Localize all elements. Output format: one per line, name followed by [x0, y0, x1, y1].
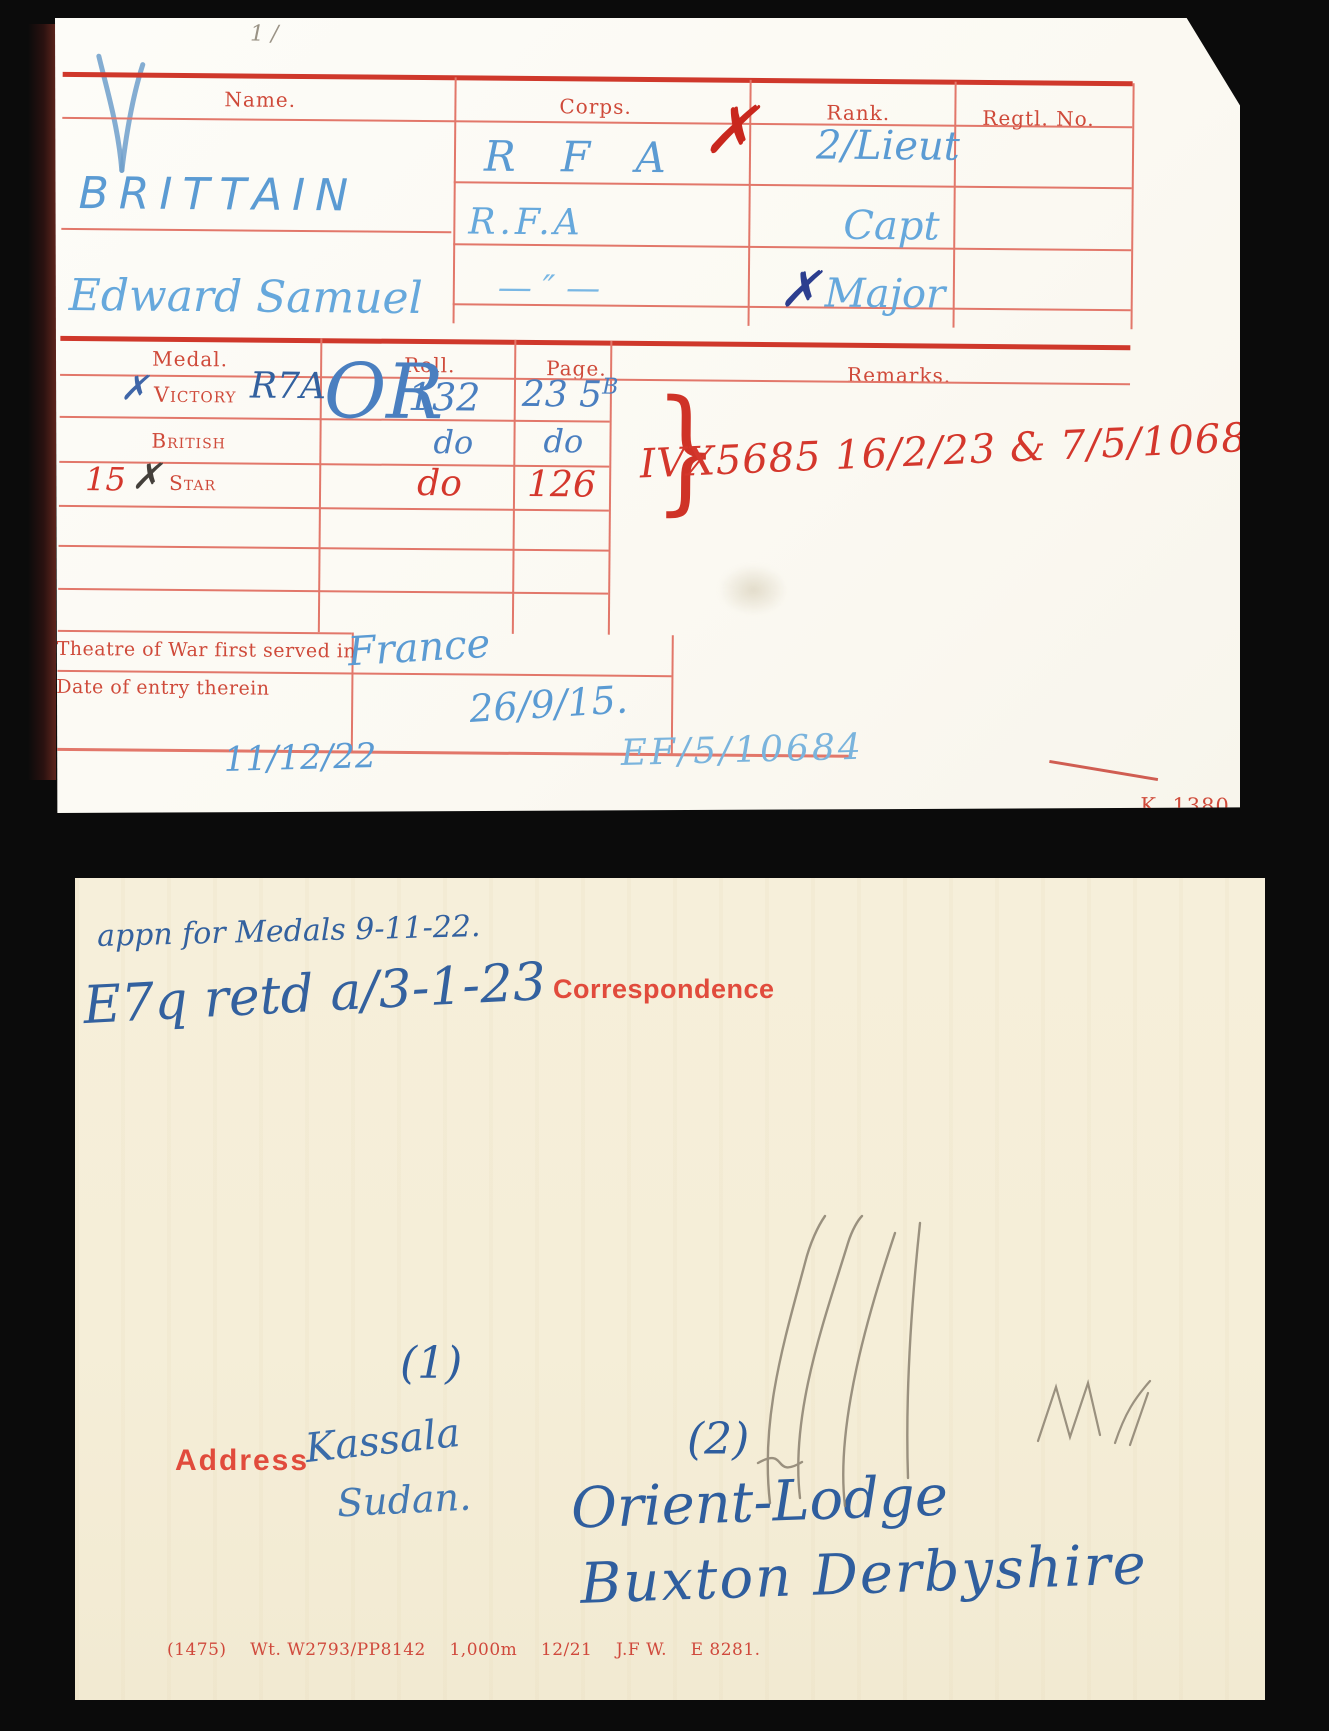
- row-rule: [59, 545, 609, 551]
- corps-ditto-entry: — ″ —: [498, 268, 601, 309]
- divider: [1130, 83, 1134, 329]
- row-rule: [58, 588, 608, 594]
- medal-label-star: Star: [169, 471, 216, 495]
- address-label: Address: [175, 1444, 309, 1478]
- date-of-entry-label: Date of entry therein: [56, 676, 269, 700]
- theatre-label: Theatre of War first served in: [57, 638, 357, 663]
- blue-check-mark-icon: [84, 48, 155, 179]
- medal-index-card-back: appn for Medals 9-11-22. E7q retd a/3-1-…: [75, 878, 1265, 1700]
- medal-note: R7A: [250, 366, 326, 408]
- applied-note: appn for Medals 9-11-22.: [97, 909, 481, 954]
- row-rule: [58, 630, 352, 634]
- divider: [453, 77, 457, 323]
- page-value: 23 5: [522, 374, 603, 416]
- rank-entry: Capt: [843, 203, 940, 250]
- medal-cross-mark: ✗: [120, 368, 149, 408]
- date-of-entry-entry: 26/9/15.: [468, 677, 629, 731]
- correspondence-heading: Correspondence: [553, 974, 775, 1005]
- medal-cross-mark: ✗: [131, 457, 162, 498]
- date-note: 11/12/22: [223, 736, 377, 780]
- card-corner-edge: [1049, 760, 1158, 781]
- page-entry: do: [543, 422, 583, 460]
- page-entry: 23 5B: [522, 374, 619, 416]
- medal-index-card-front: 1 / Name. Corps. Rank. Regtl. No. BRITTA…: [55, 18, 1240, 813]
- column-header-name: Name.: [224, 87, 296, 112]
- rank-entry: Major: [825, 271, 946, 318]
- rank-entry: 2/Lieut: [816, 122, 960, 169]
- column-header-corps: Corps.: [559, 94, 632, 119]
- row-rule: [454, 181, 1132, 189]
- roll-entry: do: [433, 423, 473, 461]
- form-code: K. 1380: [1140, 793, 1230, 818]
- row-rule: [61, 228, 451, 233]
- medal-label-victory: Victory: [154, 383, 237, 408]
- theatre-entry: France: [346, 621, 491, 676]
- remarks-entry: IVX5685 16/2/23 & 7/5/10684: [639, 414, 1275, 488]
- divider: [512, 340, 516, 634]
- pencil-scribble: [1030, 1373, 1170, 1453]
- pencil-scribble: [730, 1208, 940, 1508]
- roll-entry: 132: [408, 375, 481, 420]
- roll-entry: do: [417, 463, 462, 504]
- top-rule: [63, 72, 1133, 86]
- address1-number: (1): [400, 1338, 462, 1389]
- column-header-medal: Medal.: [152, 347, 228, 372]
- file-reference: EF/5/10684: [620, 727, 864, 774]
- row-rule: [59, 505, 609, 511]
- column-header-regtl-no: Regtl. No.: [982, 106, 1095, 131]
- corps-entry: R F A: [484, 132, 682, 183]
- row-rule: [453, 243, 1131, 251]
- address2-line2: Buxton Derbyshire: [579, 1532, 1149, 1617]
- scan-card-edge: [28, 24, 56, 780]
- column-header-remarks: Remarks.: [847, 363, 951, 388]
- red-cross-mark: ✗: [702, 91, 758, 168]
- forenames-entry: Edward Samuel: [69, 270, 423, 324]
- medal-pre-note: 15: [85, 460, 126, 498]
- corps-entry: R.F.A: [468, 201, 584, 243]
- medal-label-british: British: [151, 429, 226, 454]
- print-code: (1475) Wt. W2793/PP8142 1,000m 12/21 J.F…: [167, 1640, 761, 1660]
- page-entry: 126: [527, 464, 596, 506]
- front-card-content: 1 / Name. Corps. Rank. Regtl. No. BRITTA…: [48, 18, 1240, 823]
- pencil-note: 1 /: [250, 22, 279, 47]
- address1-line2: Sudan.: [336, 1475, 472, 1526]
- divider: [953, 82, 957, 328]
- page-superscript: B: [602, 375, 618, 400]
- surname-entry: BRITTAIN: [78, 168, 358, 221]
- column-header-rank: Rank.: [826, 101, 890, 126]
- address1-line1: Kassala: [303, 1410, 462, 1472]
- returned-note: E7q retd a/3-1-23: [82, 952, 548, 1036]
- blue-cross-mark: ✗: [779, 260, 821, 318]
- scan-smudge: [718, 564, 788, 617]
